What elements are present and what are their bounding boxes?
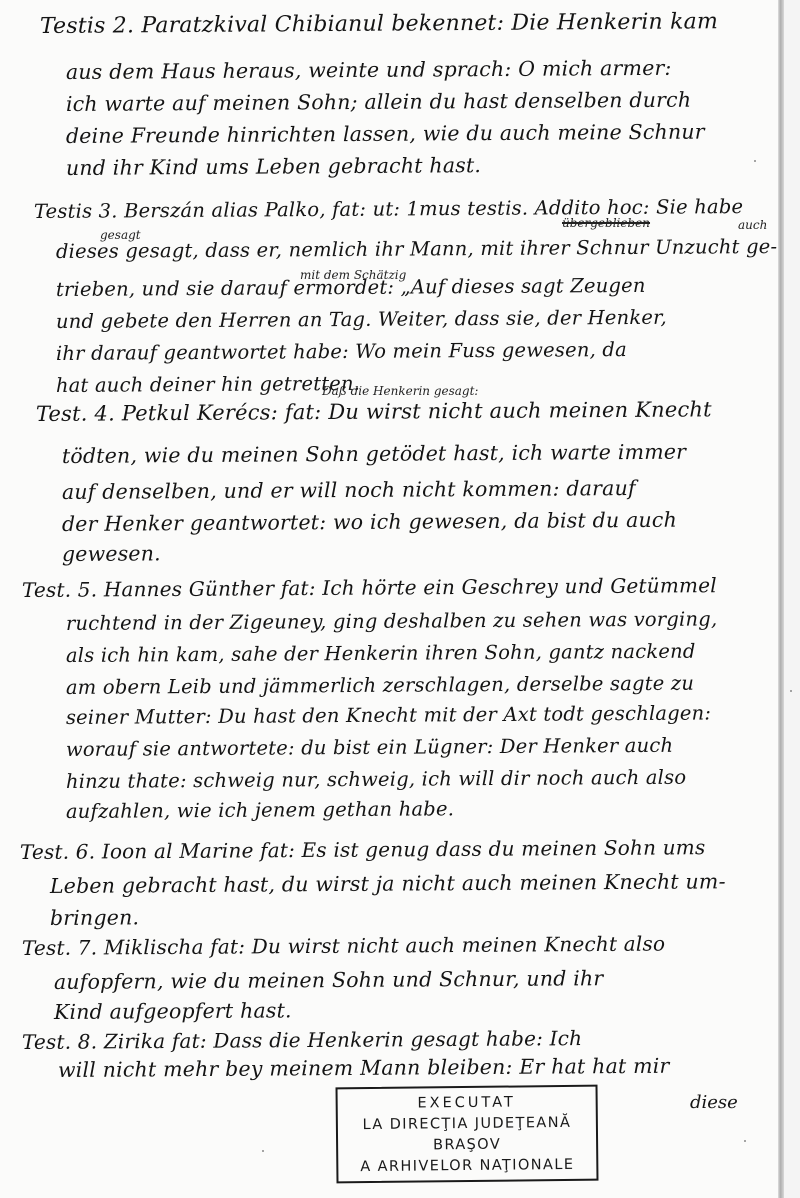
- paper-speck: [754, 160, 756, 162]
- testimony-2-line-2: aus dem Haus heraus, weinte und sprach: …: [66, 56, 672, 84]
- testimony-3-line-6: hat auch deiner hin getretten.: [56, 372, 360, 397]
- testimony-8-line-2: will nicht mehr bey meinem Mann bleiben:…: [58, 1054, 670, 1082]
- testimony-5-line-2: ruchtend in der Zigeuney, ging deshalben…: [66, 607, 718, 635]
- testimony-6-line-3: bringen.: [50, 905, 139, 930]
- page-margin-background: [784, 0, 800, 1198]
- margin-note-auch: auch: [738, 218, 767, 232]
- testimony-3-line-3: trieben, und sie darauf ermordet: „Auf d…: [56, 274, 646, 301]
- testimony-6-line-2: Leben gebracht hast, du wirst ja nicht a…: [50, 869, 726, 898]
- testimony-5-line-5: seiner Mutter: Du hast den Knecht mit de…: [66, 701, 711, 729]
- struck-out-word: übergeblieben: [562, 216, 650, 230]
- testimony-3-line-4: und gebete den Herren an Tag. Weiter, da…: [56, 306, 667, 333]
- testimony-2-line-5: und ihr Kind ums Leben gebracht hast.: [66, 153, 481, 180]
- testimony-5-line-8: aufzahlen, wie ich jenem gethan habe.: [66, 797, 454, 823]
- testimony-4-line-4: der Henker geantwortet: wo ich gewesen, …: [62, 508, 677, 536]
- testimony-7-line-3: Kind aufgeopfert hast.: [54, 998, 292, 1024]
- testimony-5-line-3: als ich hin kam, sahe der Henkerin ihren…: [66, 640, 696, 667]
- testimony-4-line-1: Test. 4. Petkul Kerécs: fat: Du wirst ni…: [36, 397, 712, 426]
- testimony-3-line-5: ihr darauf geantwortet habe: Wo mein Fus…: [56, 338, 627, 365]
- stamp-line-2: LA DIRECŢIA JUDEŢEANĂ: [338, 1113, 596, 1137]
- stamp-line-1: EXECUTAT: [338, 1092, 596, 1116]
- paper-speck: [790, 690, 792, 692]
- archive-stamp: EXECUTAT LA DIRECŢIA JUDEŢEANĂ BRAŞOV A …: [336, 1085, 599, 1184]
- testimony-2-line-1: Testis 2. Paratzkival Chibianul bekennet…: [40, 9, 718, 39]
- testimony-5-line-6: worauf sie antwortete: du bist ein Lügne…: [66, 734, 673, 761]
- paper-speck: [262, 1150, 264, 1152]
- testimony-5-line-1: Test. 5. Hannes Günther fat: Ich hörte e…: [22, 573, 717, 602]
- interlinear-test-4: Daß die Henkerin gesagt:: [322, 384, 478, 398]
- testimony-7-line-1: Test. 7. Miklischa fat: Du wirst nicht a…: [22, 932, 665, 960]
- testimony-7-line-2: aufopfern, wie du meinen Sohn und Schnur…: [54, 966, 604, 994]
- stamp-line-4: A ARHIVELOR NAŢIONALE: [338, 1155, 596, 1179]
- testimony-4-line-5: gewesen.: [62, 541, 161, 566]
- manuscript-page: Testis 2. Paratzkival Chibianul bekennet…: [0, 0, 800, 1198]
- testimony-4-line-2: tödten, wie du meinen Sohn getödet hast,…: [62, 440, 686, 468]
- testimony-8-line-1: Test. 8. Zirika fat: Dass die Henkerin g…: [22, 1026, 582, 1054]
- testimony-5-line-7: hinzu thate: schweig nur, schweig, ich w…: [66, 766, 686, 793]
- testimony-4-line-3: auf denselben, und er will noch nicht ko…: [62, 476, 636, 504]
- testimony-6-line-1: Test. 6. Ioon al Marine fat: Es ist genu…: [20, 835, 706, 864]
- stamp-line-3: BRAŞOV: [338, 1134, 596, 1158]
- testimony-3-line-2: dieses gesagt, dass er, nemlich ihr Mann…: [56, 235, 778, 263]
- testimony-2-line-3: ich warte auf meinen Sohn; allein du has…: [66, 88, 691, 116]
- testimony-2-line-4: deine Freunde hinrichten lassen, wie du …: [66, 120, 705, 148]
- paper-speck: [744, 1140, 746, 1142]
- testimony-5-line-4: am obern Leib und jämmerlich zerschlagen…: [66, 672, 694, 699]
- catchword: diese: [690, 1092, 738, 1113]
